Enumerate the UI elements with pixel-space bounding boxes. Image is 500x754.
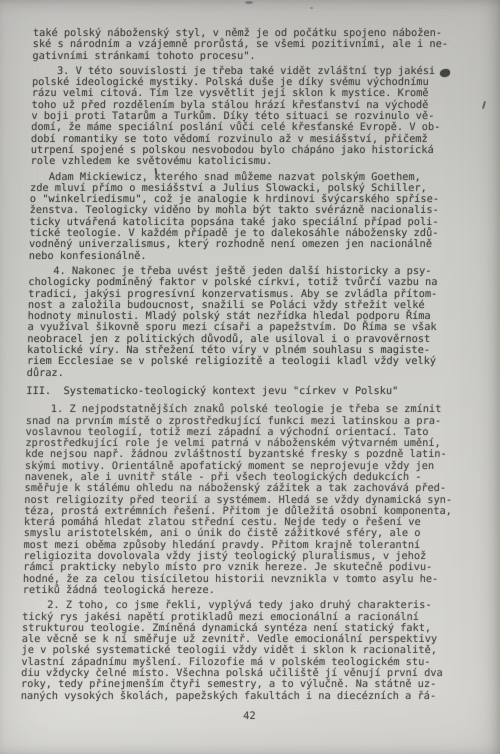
paragraph-adam-mickiewicz: Adam Mickiewicz, kterého snad můžeme naz… bbox=[29, 172, 491, 262]
small-speck-artifact bbox=[310, 7, 313, 9]
section-heading-iii: III. Systematicko-teologický kontext jev… bbox=[26, 386, 486, 397]
top-edge-speck-artifact bbox=[245, 1, 253, 4]
paragraph-1: 1. Z nejpodstatnějších znaků polské teol… bbox=[23, 404, 487, 596]
paragraph-3: 3. V této souvislosti je třeba také vidě… bbox=[30, 66, 492, 168]
paragraph-continuation: také polský náboženský styl, v němž je o… bbox=[32, 28, 493, 62]
scanned-document-page: také polský náboženský styl, v němž je o… bbox=[0, 0, 500, 754]
typewritten-text: také polský náboženský styl, v němž je o… bbox=[20, 28, 493, 722]
page-number: 42 bbox=[20, 711, 469, 722]
paragraph-4: 4. Nakonec je třeba uvést ještě jeden da… bbox=[27, 266, 489, 379]
paragraph-2: 2. Z toho, co jsme řekli, vyplývá tedy j… bbox=[21, 600, 483, 702]
